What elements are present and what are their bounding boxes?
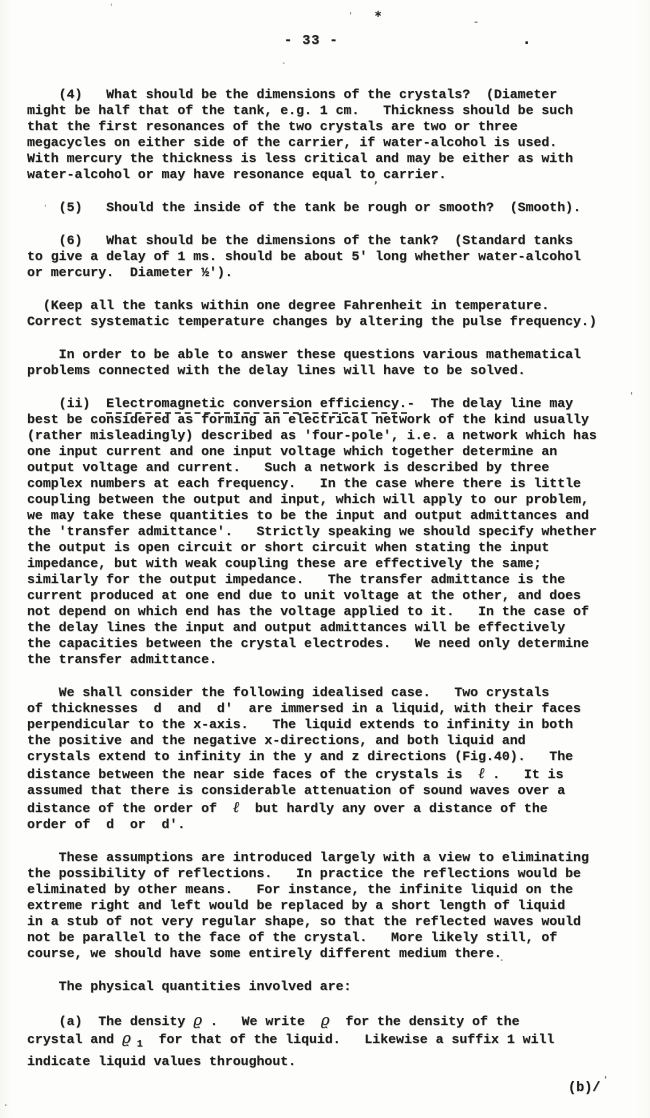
text-line: best be considered as forming an electri… (27, 412, 630, 428)
text-line: the transfer admittance. (27, 652, 630, 668)
text-line: We shall consider the following idealise… (27, 685, 630, 701)
text-line: assumed that there is considerable atten… (27, 783, 630, 799)
paragraph: The physical quantities involved are: (27, 979, 630, 995)
text-line: of thicknesses d and d' are immersed in … (27, 701, 630, 717)
text-line: eliminated by other means. For instance,… (27, 882, 630, 898)
text-line: that the first resonances of the two cry… (27, 119, 630, 135)
text-line: crystal and ϱ 1 for that of the liquid. … (27, 1030, 630, 1054)
scan-speck: ∗ (374, 10, 382, 20)
text-line: With mercury the thickness is less criti… (27, 151, 630, 167)
text-line: might be half that of the tank, e.g. 1 c… (27, 103, 630, 119)
text-line: crystals extend to infinity in the y and… (27, 749, 630, 765)
text-line: current produced at one end due to unit … (27, 588, 630, 604)
scan-speck: ' (604, 1076, 607, 1086)
scan-speck: . (524, 33, 529, 47)
text-line: perpendicular to the x-axis. The liquid … (27, 717, 630, 733)
text-body: (4) What should be the dimensions of the… (27, 87, 630, 1070)
text-segment: . It is (484, 767, 563, 782)
text-line: (a) The density ϱ . We write ϱ for the d… (27, 1012, 630, 1030)
text-line: (4) What should be the dimensions of the… (27, 87, 630, 103)
text-line: the 'transfer admittance'. Strictly spea… (27, 524, 630, 540)
text-line: Correct systematic temperature changes b… (27, 314, 630, 330)
scan-speck: . (4, 1100, 7, 1109)
text-segment: (a) The density (27, 1014, 193, 1029)
paragraph: We shall consider the following idealise… (27, 685, 630, 833)
text-line: These assumptions are introduced largely… (27, 850, 630, 866)
text-segment: - The delay line may (407, 396, 573, 411)
handwritten-symbol: ϱ (321, 1011, 330, 1029)
page-number: - 33 - (284, 34, 339, 49)
text-line: extreme right and left would be replaced… (27, 898, 630, 914)
text-line: order of d or d'. (27, 817, 630, 833)
text-line: distance of the order of ℓ but hardly an… (27, 799, 630, 817)
text-segment: crystal and (27, 1032, 122, 1047)
handwritten-symbol: ϱ (193, 1011, 202, 1029)
text-line: to give a delay of 1 ms. should be about… (27, 249, 630, 265)
text-line: the possibility of reflections. In pract… (27, 866, 630, 882)
scan-speck: . (282, 58, 285, 67)
text-segment: (ii) (27, 396, 106, 411)
paragraph: (5) Should the inside of the tank be rou… (27, 200, 630, 216)
text-line: output voltage and current. Such a netwo… (27, 460, 630, 476)
scan-speck: ' (349, 12, 352, 22)
scan-speck: - (474, 18, 478, 28)
text-line: (Keep all the tanks within one degree Fa… (27, 298, 630, 314)
handwritten-symbol: ϱ (122, 1029, 131, 1047)
text-line: (ii) Electromagnetic conversion efficien… (27, 396, 630, 412)
text-line: indicate liquid values throughout. (27, 1054, 630, 1070)
text-line: megacycles on either side of the carrier… (27, 135, 630, 151)
text-segment: for that of the liquid. Likewise a suffi… (143, 1032, 555, 1047)
text-line: impedance, but with weak coupling these … (27, 556, 630, 572)
text-line: (6) What should be the dimensions of the… (27, 233, 630, 249)
document-page: - 33 - (4) What should be the dimensions… (0, 0, 650, 1118)
text-line: (5) Should the inside of the tank be rou… (27, 200, 630, 216)
paragraph: These assumptions are introduced largely… (27, 850, 630, 962)
text-line: In order to be able to answer these ques… (27, 347, 630, 363)
text-line: the capacities between the crystal elect… (27, 636, 630, 652)
text-segment: for the density of the (330, 1014, 520, 1029)
text-line: or mercury. Diameter ½'). (27, 265, 630, 281)
scan-speck: ' (630, 392, 633, 402)
text-line: the output is open circuit or short circ… (27, 540, 630, 556)
paragraph: (Keep all the tanks within one degree Fa… (27, 298, 630, 330)
text-line: distance between the near side faces of … (27, 765, 630, 783)
paragraph: (6) What should be the dimensions of the… (27, 233, 630, 281)
text-line: similarly for the output impedance. The … (27, 572, 630, 588)
text-segment: . We write (202, 1014, 321, 1029)
text-line: problems connected with the delay lines … (27, 363, 630, 379)
text-segment: but hardly any over a distance of the (239, 801, 548, 816)
paragraph: (4) What should be the dimensions of the… (27, 87, 630, 183)
text-line: in a stub of not very regular shape, so … (27, 914, 630, 930)
continuation-mark: (b)/ (568, 1081, 600, 1096)
text-segment: 1 (131, 1040, 143, 1051)
text-segment: distance of the order of (27, 801, 233, 816)
text-segment: distance between the near side faces of … (27, 767, 478, 782)
text-line: (rather misleadingly) described as 'four… (27, 428, 630, 444)
text-line: not be parallel to the face of the cryst… (27, 930, 630, 946)
text-line: course, we should have some entirely dif… (27, 946, 630, 962)
paragraph: In order to be able to answer these ques… (27, 347, 630, 379)
paragraph: (a) The density ϱ . We write ϱ for the d… (27, 1012, 630, 1070)
text-line: water-alcohol or may have resonance equa… (27, 167, 630, 183)
text-line: we may take these quantities to be the i… (27, 508, 630, 524)
text-line: The physical quantities involved are: (27, 979, 630, 995)
scan-speck: ' (110, 4, 113, 13)
text-line: one input current and one input voltage … (27, 444, 630, 460)
text-line: the delay lines the input and output adm… (27, 620, 630, 636)
text-line: complex numbers at each frequency. In th… (27, 476, 630, 492)
text-line: coupling between the output and input, w… (27, 492, 630, 508)
text-line: the positive and the negative x-directio… (27, 733, 630, 749)
text-line: not depend on which end has the voltage … (27, 604, 630, 620)
paragraph: (ii) Electromagnetic conversion efficien… (27, 396, 630, 668)
